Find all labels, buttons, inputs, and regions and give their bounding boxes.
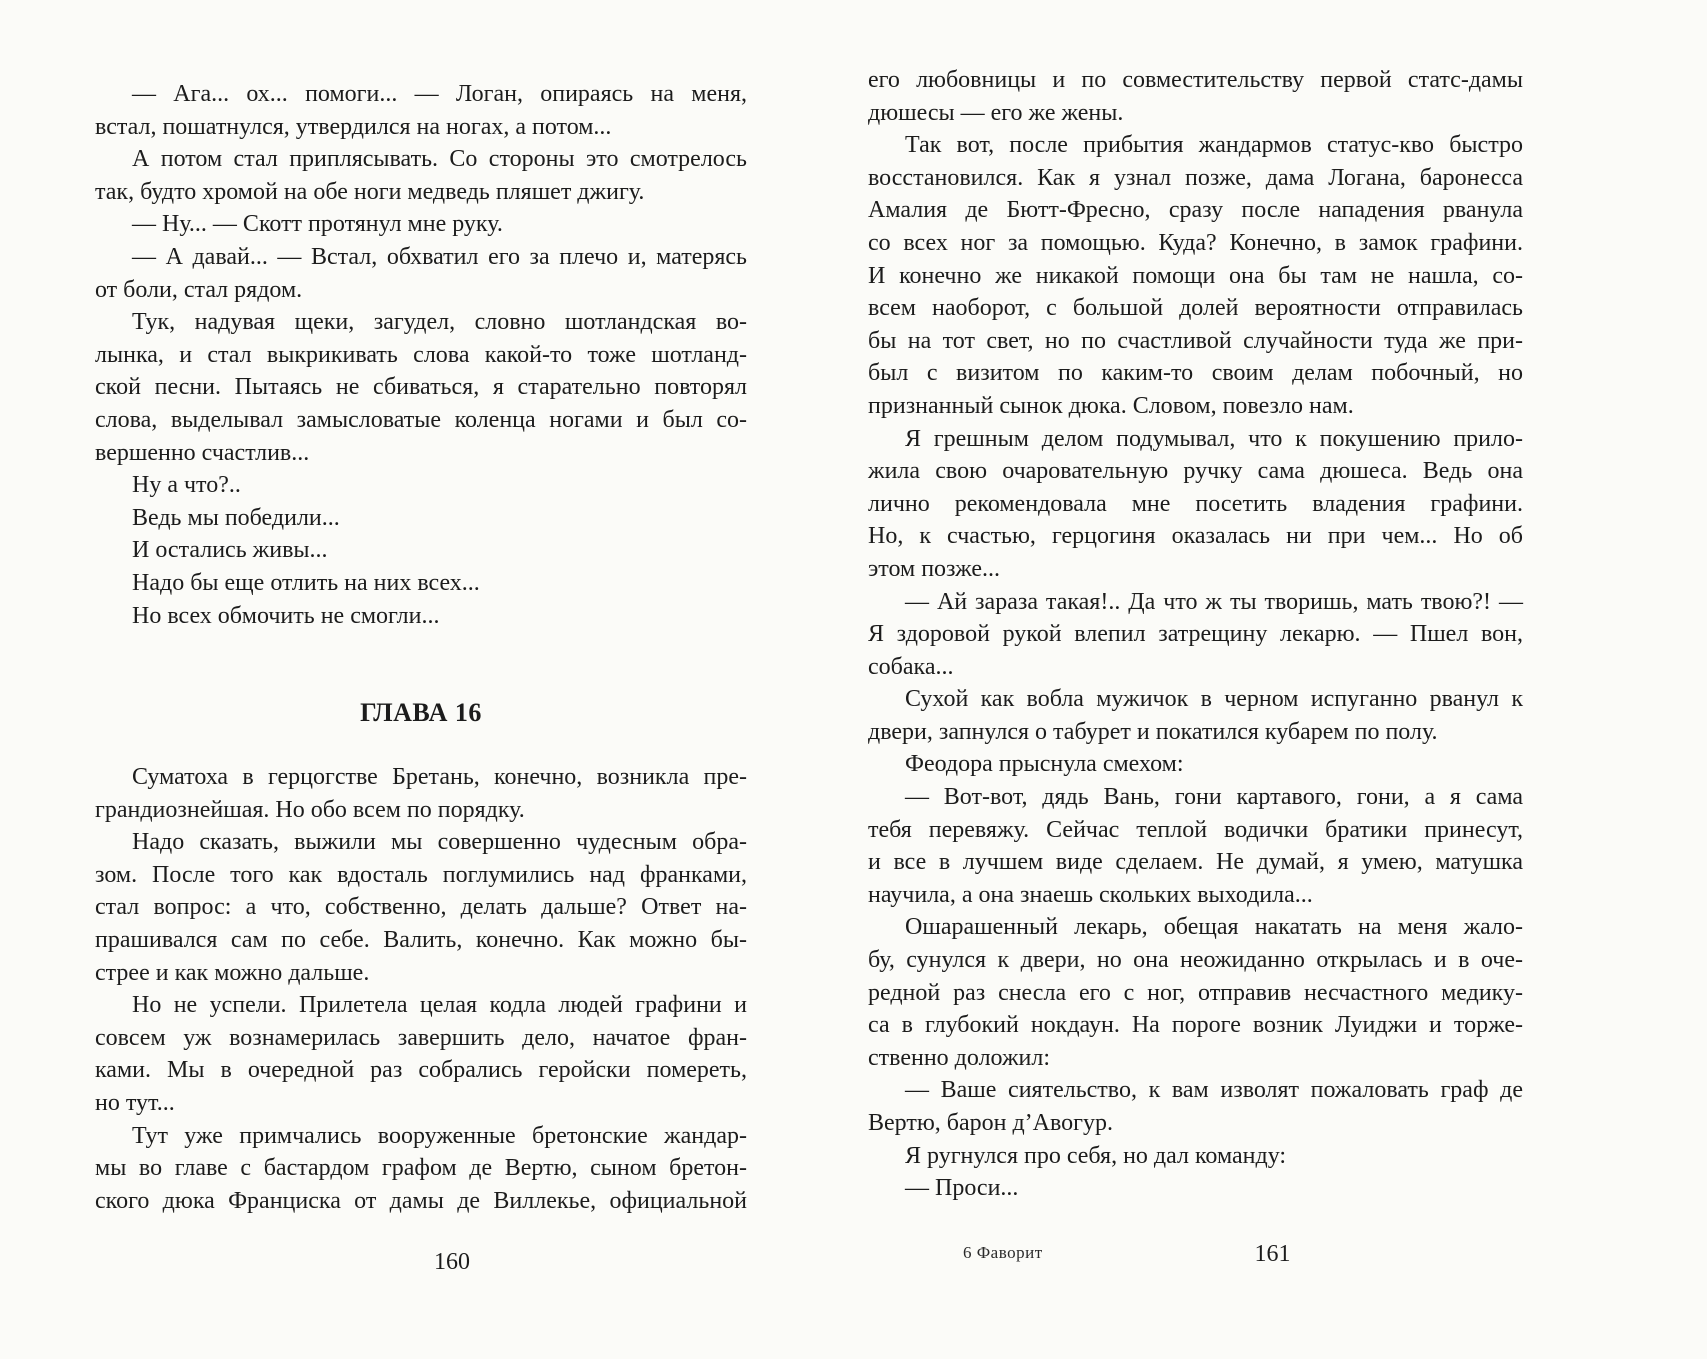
text-line: лично рекомендовала мне посетить владени… [868, 488, 1523, 521]
text-line: дюшесы — его же жены. [868, 97, 1523, 130]
text-line: признанный сынок дюка. Словом, повезло н… [868, 390, 1523, 423]
right-page-text: его любовницы и по совместительству перв… [868, 64, 1523, 1205]
text-line: Я грешным делом подумывал, что к покушен… [868, 423, 1523, 456]
text-line: редной раз снесла его с ног, отправив не… [868, 977, 1523, 1010]
text-line: этом позже... [868, 553, 1523, 586]
text-line: ского дюка Франциска от дамы де Виллекье… [95, 1185, 747, 1218]
book-spread: — Ага... ох... помоги... — Логан, опирая… [0, 0, 1707, 1359]
left-page: — Ага... ох... помоги... — Логан, опирая… [95, 78, 747, 1338]
text-line: Тук, надувая щеки, загудел, словно шотла… [95, 306, 747, 339]
text-line: грандиознейшая. Но обо всем по порядку. [95, 794, 747, 827]
text-line: научила, а она знаешь скольких выходила.… [868, 879, 1523, 912]
text-line: со всех ног за помощью. Куда? Конечно, в… [868, 227, 1523, 260]
text-line: И остались живы... [95, 534, 747, 567]
left-page-text-top: — Ага... ох... помоги... — Логан, опирая… [95, 78, 747, 632]
text-line: был с визитом по каким-то своим делам по… [868, 357, 1523, 390]
left-page-text-bottom: Суматоха в герцогстве Бретань, конечно, … [95, 761, 747, 1217]
page-number-right: 161 [945, 1240, 1600, 1268]
text-line: жила свою очаровательную ручку сама дюше… [868, 455, 1523, 488]
text-line: А потом стал приплясывать. Со стороны эт… [95, 143, 747, 176]
text-line: Суматоха в герцогстве Бретань, конечно, … [95, 761, 747, 794]
text-line: Надо бы еще отлить на них всех... [95, 567, 747, 600]
text-line: — Ну... — Скотт протянул мне руку. [95, 208, 747, 241]
text-line: ской песни. Пытаясь не сбиваться, я стар… [95, 371, 747, 404]
text-line: так, будто хромой на обе ноги медведь пл… [95, 176, 747, 209]
text-line: Ну а что?.. [95, 469, 747, 502]
text-line: Я здоровой рукой влепил затрещину лекарю… [868, 618, 1523, 651]
text-line: И конечно же никакой помощи она бы там н… [868, 260, 1523, 293]
text-line: Феодора прыснула смехом: [868, 748, 1523, 781]
text-line: вершенно счастлив... [95, 437, 747, 470]
text-line: Надо сказать, выжили мы совершенно чудес… [95, 826, 747, 859]
text-line: — Ай зараза такая!.. Да что ж ты творишь… [868, 586, 1523, 619]
text-line: Ведь мы победили... [95, 502, 747, 535]
text-line: ками. Мы в очередной раз собрались герой… [95, 1054, 747, 1087]
text-line: встал, пошатнулся, утвердился на ногах, … [95, 111, 747, 144]
text-line: Вертю, барон д’Авогур. [868, 1107, 1523, 1140]
text-line: восстановился. Как я узнал позже, дама Л… [868, 162, 1523, 195]
right-page: его любовницы и по совместительству перв… [868, 64, 1523, 1344]
text-line: мы во главе с бастардом графом де Вертю,… [95, 1152, 747, 1185]
text-line: Но всех обмочить не смогли... [95, 600, 747, 633]
text-line: его любовницы и по совместительству перв… [868, 64, 1523, 97]
text-line: слова, выделывал замысловатые коленца но… [95, 404, 747, 437]
text-line: лынка, и стал выкрикивать слова какой-то… [95, 339, 747, 372]
text-line: совсем уж вознамерилась завершить дело, … [95, 1022, 747, 1055]
text-line: двери, запнулся о табурет и покатился ку… [868, 716, 1523, 749]
text-line: от боли, стал рядом. [95, 274, 747, 307]
text-line: Амалия де Бютт-Фресно, сразу после напад… [868, 194, 1523, 227]
page-number-left: 160 [126, 1248, 778, 1276]
text-line: зом. После того как вдосталь поглумились… [95, 859, 747, 892]
text-line: тебя перевяжу. Сейчас теплой водички бра… [868, 814, 1523, 847]
text-line: Ошарашенный лекарь, обещая накатать на м… [868, 911, 1523, 944]
text-line: стал вопрос: а что, собственно, делать д… [95, 891, 747, 924]
text-line: — А давай... — Встал, обхватил его за пл… [95, 241, 747, 274]
text-line: — Вот-вот, дядь Вань, гони картавого, го… [868, 781, 1523, 814]
text-line: са в глубокий нокдаун. На пороге возник … [868, 1009, 1523, 1042]
text-line: собака... [868, 651, 1523, 684]
text-line: ственно доложил: [868, 1042, 1523, 1075]
text-line: бу, сунулся к двери, но она неожиданно о… [868, 944, 1523, 977]
text-line: — Проси... [868, 1172, 1523, 1205]
text-line: Но не успели. Прилетела целая кодла люде… [95, 989, 747, 1022]
text-line: Тут уже примчались вооруженные бретонски… [95, 1120, 747, 1153]
text-line: Так вот, после прибытия жандармов статус… [868, 129, 1523, 162]
text-line: но тут... [95, 1087, 747, 1120]
text-line: и все в лучшем виде сделаем. Не думай, я… [868, 846, 1523, 879]
text-line: Я ругнулся про себя, но дал команду: [868, 1140, 1523, 1173]
text-line: стрее и как можно дальше. [95, 957, 747, 990]
text-line: Но, к счастью, герцогиня оказалась ни пр… [868, 520, 1523, 553]
text-line: — Ага... ох... помоги... — Логан, опирая… [95, 78, 747, 111]
text-line: прашивался сам по себе. Валить, конечно.… [95, 924, 747, 957]
text-line: бы на тот свет, но по счастливой случайн… [868, 325, 1523, 358]
text-line: — Ваше сиятельство, к вам изволят пожало… [868, 1074, 1523, 1107]
text-line: всем наоборот, с большой долей вероятнос… [868, 292, 1523, 325]
text-line: Сухой как вобла мужичок в черном испуган… [868, 683, 1523, 716]
chapter-heading: ГЛАВА 16 [95, 696, 747, 729]
